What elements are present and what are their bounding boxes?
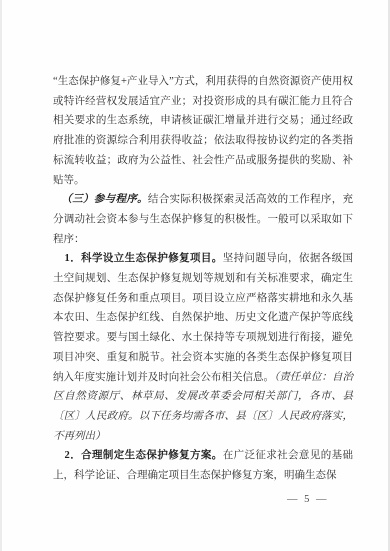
text-run-bold-italic: （三）参与程序。 [61,194,148,205]
paragraph-3: 1．科学设立生态保护修复项目。坚持问题导向，依据各级国土空间规划、生态保护修复规… [53,249,353,446]
document-page: “生态保护修复+产业导入”方式，利用获得的自然资源资产使用权或特许经营权发展适宜… [0,0,390,551]
text-run-regular: “生态保护修复+产业导入”方式，利用获得的自然资源资产使用权或特许经营权发展适宜… [53,76,353,186]
scan-edge-left [0,0,2,551]
page-number: — 5 — [287,494,329,506]
document-body: “生态保护修复+产业导入”方式，利用获得的自然资源资产使用权或特许经营权发展适宜… [53,72,353,486]
paragraph-2: （三）参与程序。结合实际积极探索灵活高效的工作程序，充分调动社会资本参与生态保护… [53,190,353,249]
paragraph-1: “生态保护修复+产业导入”方式，利用获得的自然资源资产使用权或特许经营权发展适宜… [53,72,353,190]
text-run-bold: 2．合理制定生态保护修复方案。 [65,450,223,461]
text-run-regular: 坚持问题导向，依据各级国土空间规划、生态保护修复规划等规划和有关标准要求，确定生… [53,253,353,382]
text-run-bold: 1．科学设立生态保护修复项目。 [65,253,223,264]
paragraph-4: 2．合理制定生态保护修复方案。在广泛征求社会意见的基础上，科学论证、合理确定项目… [53,446,353,485]
